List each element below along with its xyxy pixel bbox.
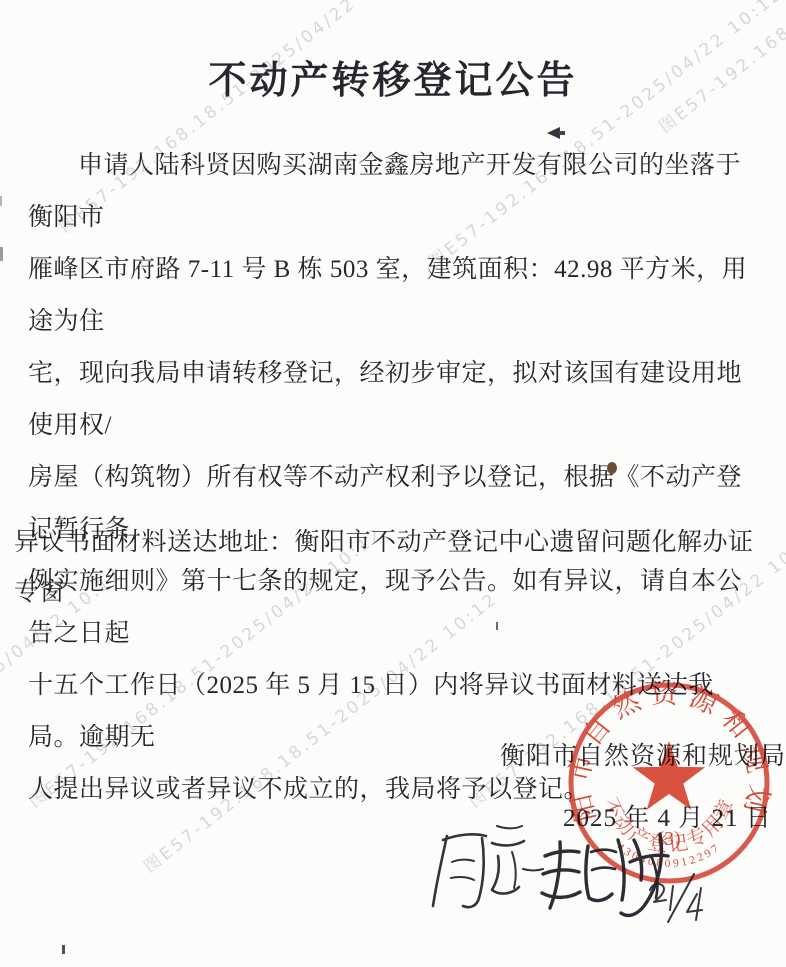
issuer-name: 衡阳市自然资源和规划局 [500, 736, 786, 772]
issue-date: 2025 年 4 月 21 日 [563, 798, 772, 834]
handwriting-signature [542, 834, 668, 915]
handwriting-approval [433, 826, 543, 907]
delivery-address-paragraph: 异议书面材料送达地址：衡阳市不动产登记中心遗留问题化解办证专窗 [14, 518, 762, 618]
scanned-announcement-page: 图E57-192.168.18.51-2025/04/22 10:12 图E57… [0, 0, 786, 967]
body-line: 申请人陆科贤因购买湖南金鑫房地产开发有限公司的坐落于衡阳市 [28, 140, 762, 244]
body-line: 雁峰区市府路 7-11 号 B 栋 503 室，建筑面积：42.98 平方米，用… [28, 244, 762, 348]
handwriting-date-note [650, 874, 702, 922]
body-line: 宅，现向我局申请转移登记，经初步审定，拟对该国有建设用地使用权/ [28, 348, 762, 452]
page-title: 不动产转移登记公告 [0, 49, 786, 104]
body-paragraph-main: 申请人陆科贤因购买湖南金鑫房地产开发有限公司的坐落于衡阳市 雁峰区市府路 7-1… [28, 140, 762, 816]
seal-code: 4304080912297 [615, 841, 724, 870]
